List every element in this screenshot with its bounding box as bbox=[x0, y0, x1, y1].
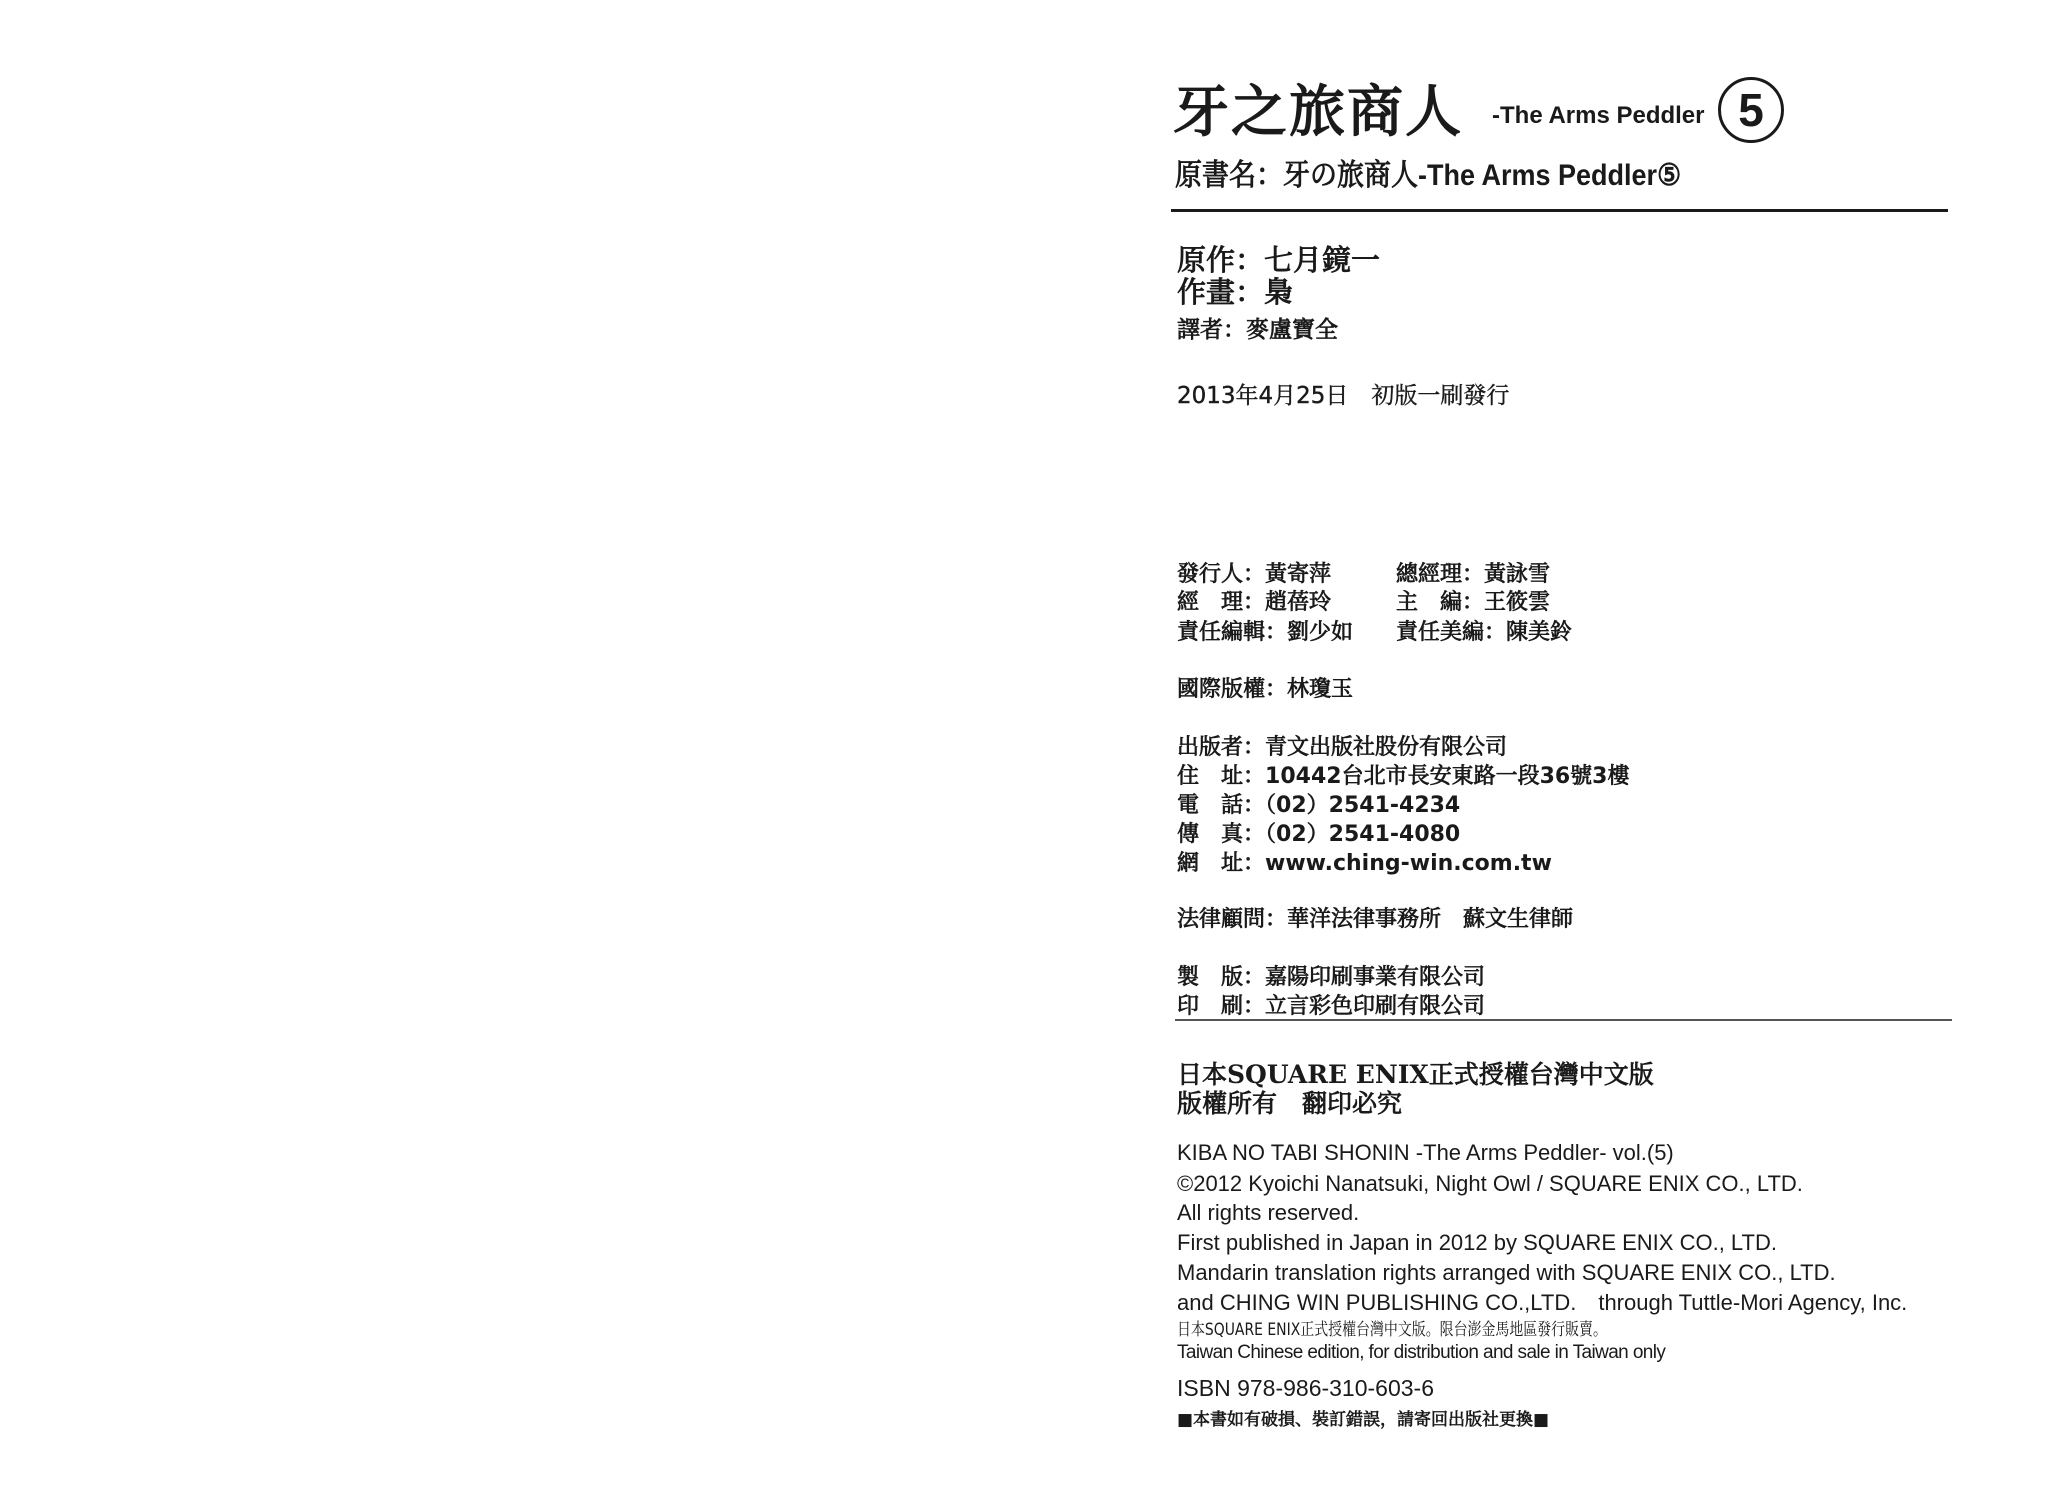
staff-art-editor: 責任美編：陳美鈴 bbox=[1396, 619, 1572, 647]
staff-row: 責任編輯：劉少如責任美編：陳美鈴 bbox=[1177, 619, 1572, 647]
website-link[interactable]: www.ching-win.com.tw bbox=[1265, 851, 1552, 876]
original-title: 原書名：牙の旅商人-The Arms Peddler⑤ bbox=[1175, 158, 1681, 194]
credit-value: 七月鏡一 bbox=[1264, 243, 1380, 277]
damage-return-notice: ■本書如有破損、裝訂錯誤，請寄回出版社更換■ bbox=[1177, 1409, 1549, 1431]
publisher-address: 住 址：10442台北市長安東路一段36號3樓 bbox=[1177, 763, 1630, 791]
title-divider bbox=[1171, 209, 1948, 212]
copyright-line: and CHING WIN PUBLISHING CO.,LTD. throug… bbox=[1177, 1289, 1907, 1317]
staff-general-manager: 總經理：黃詠雪 bbox=[1396, 561, 1550, 589]
staff-intl-rights: 國際版權：林瓊玉 bbox=[1177, 676, 1353, 704]
distribution-notice-english: Taiwan Chinese edition, for distribution… bbox=[1177, 1342, 1665, 1364]
credit-label: 作畫 bbox=[1177, 275, 1235, 309]
volume-number: 5 bbox=[1738, 87, 1764, 133]
book-title-chinese: 牙之旅商人 bbox=[1173, 80, 1463, 146]
license-statement: 日本SQUARE ENIX正式授權台灣中文版 bbox=[1177, 1060, 1654, 1090]
book-title-english: -The Arms Peddler bbox=[1492, 101, 1705, 131]
publisher-fax: 傳 真：（02）2541-4080 bbox=[1177, 821, 1460, 849]
credit-value: 麥盧寶全 bbox=[1246, 317, 1338, 343]
credit-translator: 譯者：麥盧寶全 bbox=[1177, 316, 1338, 344]
credit-value: 梟 bbox=[1264, 275, 1293, 309]
staff-chief-editor: 主 編：王筱雲 bbox=[1396, 589, 1550, 617]
publisher-name: 出版者：青文出版社股份有限公司 bbox=[1177, 734, 1507, 762]
section-divider bbox=[1175, 1019, 1952, 1021]
copyright-line: KIBA NO TABI SHONIN -The Arms Peddler- v… bbox=[1177, 1139, 1674, 1167]
legal-counsel: 法律顧問：華洋法律事務所 蘇文生律師 bbox=[1177, 906, 1573, 934]
publisher-website: 網 址：www.ching-win.com.tw bbox=[1177, 850, 1552, 878]
publish-date: 2013年4月25日 初版一刷發行 bbox=[1177, 382, 1509, 410]
volume-number-badge: 5 bbox=[1718, 77, 1784, 143]
staff-manager: 經 理：趙蓓玲 bbox=[1177, 589, 1396, 617]
copyright-line: First published in Japan in 2012 by SQUA… bbox=[1177, 1229, 1777, 1257]
distribution-notice-chinese: 日本SQUARE ENIX正式授權台灣中文版。限台澎金馬地區發行販賣。 bbox=[1177, 1319, 1607, 1341]
publisher-phone: 電 話：（02）2541-4234 bbox=[1177, 792, 1460, 820]
copyright-line: Mandarin translation rights arranged wit… bbox=[1177, 1259, 1836, 1287]
staff-editor: 責任編輯：劉少如 bbox=[1177, 619, 1396, 647]
credit-label: 原作 bbox=[1177, 243, 1235, 277]
credit-label: 譯者 bbox=[1177, 317, 1223, 343]
copyright-line: All rights reserved. bbox=[1177, 1199, 1359, 1227]
printing-printer: 印 刷：立言彩色印刷有限公司 bbox=[1177, 993, 1485, 1021]
credit-original-work: 原作：七月鏡一 bbox=[1177, 244, 1380, 276]
isbn: ISBN 978-986-310-603-6 bbox=[1177, 1374, 1434, 1402]
copyright-line: ©2012 Kyoichi Nanatsuki, Night Owl / SQU… bbox=[1177, 1170, 1803, 1198]
staff-row: 經 理：趙蓓玲主 編：王筱雲 bbox=[1177, 589, 1550, 617]
rights-reserved-statement: 版權所有 翻印必究 bbox=[1177, 1089, 1402, 1119]
staff-publisher: 發行人：黃寄萍 bbox=[1177, 561, 1396, 589]
blank-left-page bbox=[0, 0, 1034, 1500]
printing-plate: 製 版：嘉陽印刷事業有限公司 bbox=[1177, 964, 1485, 992]
credit-art: 作畫：梟 bbox=[1177, 276, 1293, 308]
staff-row: 發行人：黃寄萍總經理：黃詠雪 bbox=[1177, 561, 1550, 589]
